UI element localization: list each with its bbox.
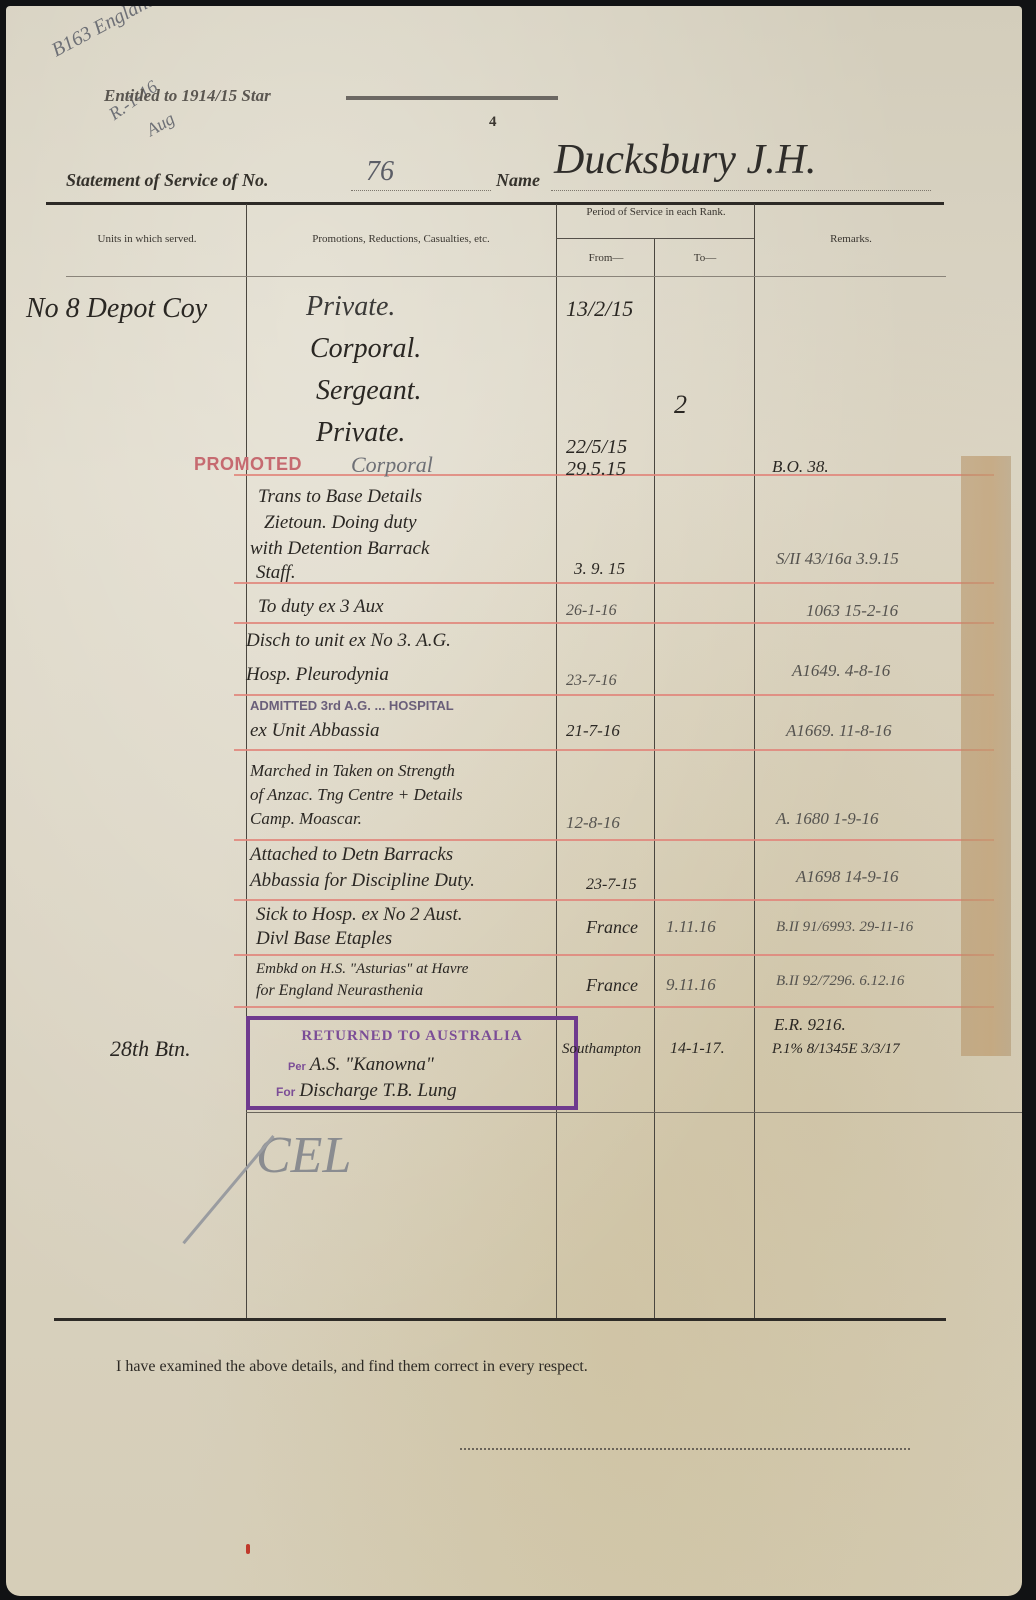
service-number-dots (351, 190, 491, 191)
from-date: 22/5/15 29.5.15 (566, 436, 656, 480)
header-period: Period of Service in each Rank. (566, 206, 746, 219)
service-number-field: 76 (366, 156, 394, 188)
row-rule (234, 749, 994, 751)
rank-line: Corporal (351, 452, 433, 478)
pencil-check-stroke (182, 1135, 274, 1244)
entry-line: Zietoun. Doing duty (264, 510, 417, 536)
header-from: From— (558, 252, 654, 264)
col-divider-to (654, 238, 655, 1318)
remark: B.II 91/6993. 29-11-16 (776, 914, 913, 940)
entry-line: Divl Base Etaples (256, 926, 392, 952)
entry-line: Disch to unit ex No 3. A.G. (246, 628, 451, 654)
entry-line: Abbassia for Discipline Duty. (250, 868, 475, 894)
remark: A1649. 4-8-16 (792, 658, 890, 684)
col-divider-from (556, 204, 557, 1318)
pencil-initials: CEL (256, 1126, 351, 1185)
row-rule (234, 582, 994, 584)
entitled-strike (346, 96, 558, 100)
certification-text: I have examined the above details, and f… (116, 1358, 588, 1376)
rank-line: Sergeant. (316, 378, 422, 404)
table-bottom-rule (54, 1318, 946, 1321)
from-place: France (586, 914, 638, 940)
remark: S/II 43/16a 3.9.15 (776, 546, 899, 572)
from-date: 23-7-16 (566, 668, 617, 694)
entry-line: of Anzac. Tng Centre + Details (250, 782, 463, 808)
table-top-rule (46, 202, 944, 205)
row-rule (234, 1006, 994, 1008)
entry-line: Staff. (256, 560, 296, 586)
from-place: France (586, 972, 638, 998)
entry-line: with Detention Barrack (250, 536, 429, 562)
from-date: 26-1-16 (566, 598, 617, 624)
header-promotions: Promotions, Reductions, Casualties, etc. (256, 233, 546, 245)
remark: A1669. 11-8-16 (786, 718, 891, 744)
to-value: 2 (674, 392, 687, 418)
entry-line: Trans to Base Details (258, 484, 422, 510)
header-remarks: Remarks. (756, 233, 946, 245)
col-divider-remarks (754, 204, 755, 1318)
tape-strip (961, 456, 1011, 1056)
from-date: 13/2/15 (566, 296, 633, 322)
header-to: To— (656, 252, 754, 264)
remark: A. 1680 1-9-16 (776, 806, 878, 832)
annotation-line: B163 England (48, 6, 160, 61)
remark: E.R. 9216. (774, 1012, 846, 1038)
from-place: Southampton (562, 1036, 641, 1062)
rank-line: Private. (316, 420, 405, 446)
to-date: 9.11.16 (666, 972, 716, 998)
to-date: 1.11.16 (666, 914, 716, 940)
header-bottom-rule (66, 276, 946, 277)
entry-line: Sick to Hosp. ex No 2 Aust. (256, 902, 463, 928)
remark: B.O. 38. (772, 454, 829, 480)
entry-line: Marched in Taken on Strength (250, 758, 455, 784)
row-rule (234, 899, 994, 901)
promoted-stamp: PROMOTED (194, 454, 302, 475)
remark-secondary: P.1% 8/1345E 3/3/17 (772, 1036, 900, 1062)
from-date: 23-7-15 (586, 872, 637, 898)
from-date: 21-7-16 (566, 718, 620, 744)
entry-line: Hosp. Pleurodynia (246, 662, 389, 688)
name-field: Ducksbury J.H. (554, 136, 816, 184)
entry-line: Attached to Detn Barracks (250, 842, 453, 868)
remark: 1063 15-2-16 (806, 598, 898, 624)
entry-line: Camp. Moascar. (250, 806, 362, 832)
stamp-title: RETURNED TO AUSTRALIA (250, 1028, 574, 1045)
name-label: Name (496, 170, 540, 191)
service-record-page: B163 England R.-1-16 Aug Entitled to 191… (6, 6, 1022, 1596)
pencil-annotation-top-left: B163 England (48, 6, 160, 62)
to-date: 14-1-17. (670, 1036, 725, 1062)
from-date: 3. 9. 15 (574, 556, 625, 582)
from-date: 12-8-16 (566, 810, 620, 836)
red-ink-speck (246, 1544, 250, 1554)
page-number: 4 (489, 114, 497, 131)
stamp-for-row: For Discharge T.B. Lung (276, 1080, 457, 1102)
remark: A1698 14-9-16 (796, 864, 898, 890)
header-units: Units in which served. (72, 233, 222, 245)
unit-cell: No 8 Depot Coy (26, 296, 207, 322)
rank-line: Private. (306, 294, 395, 320)
name-dots (551, 190, 931, 191)
rank-line: Corporal. (310, 336, 421, 362)
row-rule (234, 839, 994, 841)
entry-line: for England Neurasthenia (256, 978, 423, 1004)
entitled-star-line: Entitled to 1914/15 Star (104, 86, 271, 106)
period-subheader-rule (556, 238, 754, 239)
stamp-per-row: Per A.S. "Kanowna" (288, 1054, 434, 1076)
remark: B.II 92/7296. 6.12.16 (776, 968, 904, 994)
admitted-hospital-stamp: ADMITTED 3rd A.G. ... HOSPITAL (250, 698, 454, 713)
col-divider-units (246, 204, 247, 1318)
unit-cell: 28th Btn. (110, 1036, 191, 1062)
signature-line (460, 1448, 910, 1450)
pencil-annotation-month: Aug (143, 108, 179, 141)
statement-label: Statement of Service of No. (66, 170, 268, 191)
entry-line: ex Unit Abbassia (250, 718, 379, 744)
row-rule-final (246, 1112, 1022, 1113)
entry-line: To duty ex 3 Aux (258, 594, 384, 620)
returned-to-australia-stamp: RETURNED TO AUSTRALIA Per A.S. "Kanowna"… (246, 1016, 578, 1110)
row-rule (234, 694, 994, 696)
